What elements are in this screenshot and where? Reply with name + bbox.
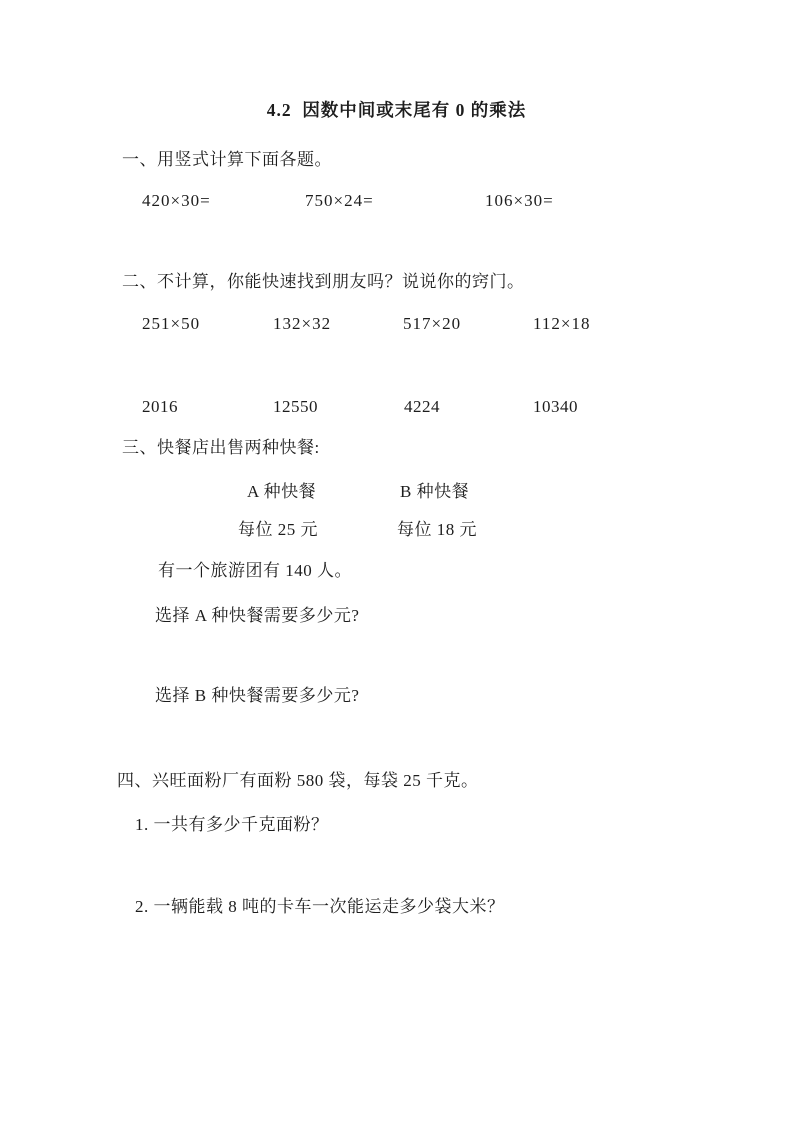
section1-problem-3: 106×30= [485,190,554,211]
meal-b-name: B 种快餐 [400,481,469,502]
section2-answer-2: 12550 [273,396,318,417]
section4-item-1: 1. 一共有多少千克面粉？ [135,814,329,835]
tour-context: 有一个旅游团有 140 人。 [158,560,352,581]
section2-answer-1: 2016 [142,396,178,417]
meal-a-price: 每位 25 元 [238,519,318,540]
question-meal-b: 选择 B 种快餐需要多少元? [155,685,359,706]
section1-problem-1: 420×30= [142,190,211,211]
worksheet-title: 4.2 因数中间或末尾有 0 的乘法 [0,100,793,121]
section4-item-2: 2. 一辆能载 8 吨的卡车一次能运走多少袋大米？ [135,896,505,917]
worksheet-page: 4.2 因数中间或末尾有 0 的乘法 一、用竖式计算下面各题。 420×30= … [0,0,793,1122]
section2-expression-3: 517×20 [403,313,461,334]
meal-b-price: 每位 18 元 [397,519,477,540]
section2-expression-1: 251×50 [142,313,200,334]
section2-expression-2: 132×32 [273,313,331,334]
section2-answer-4: 10340 [533,396,578,417]
section-2-heading: 二、不计算，你能快速找到朋友吗？说说你的窍门。 [122,271,525,292]
section2-answer-3: 4224 [404,396,440,417]
section-4-heading: 四、兴旺面粉厂有面粉 580 袋，每袋 25 千克。 [117,770,479,791]
meal-a-name: A 种快餐 [247,481,316,502]
section2-expression-4: 112×18 [533,313,590,334]
section-1-heading: 一、用竖式计算下面各题。 [122,149,332,170]
section1-problem-2: 750×24= [305,190,374,211]
section-3-heading: 三、快餐店出售两种快餐: [122,437,320,458]
question-meal-a: 选择 A 种快餐需要多少元? [155,605,359,626]
